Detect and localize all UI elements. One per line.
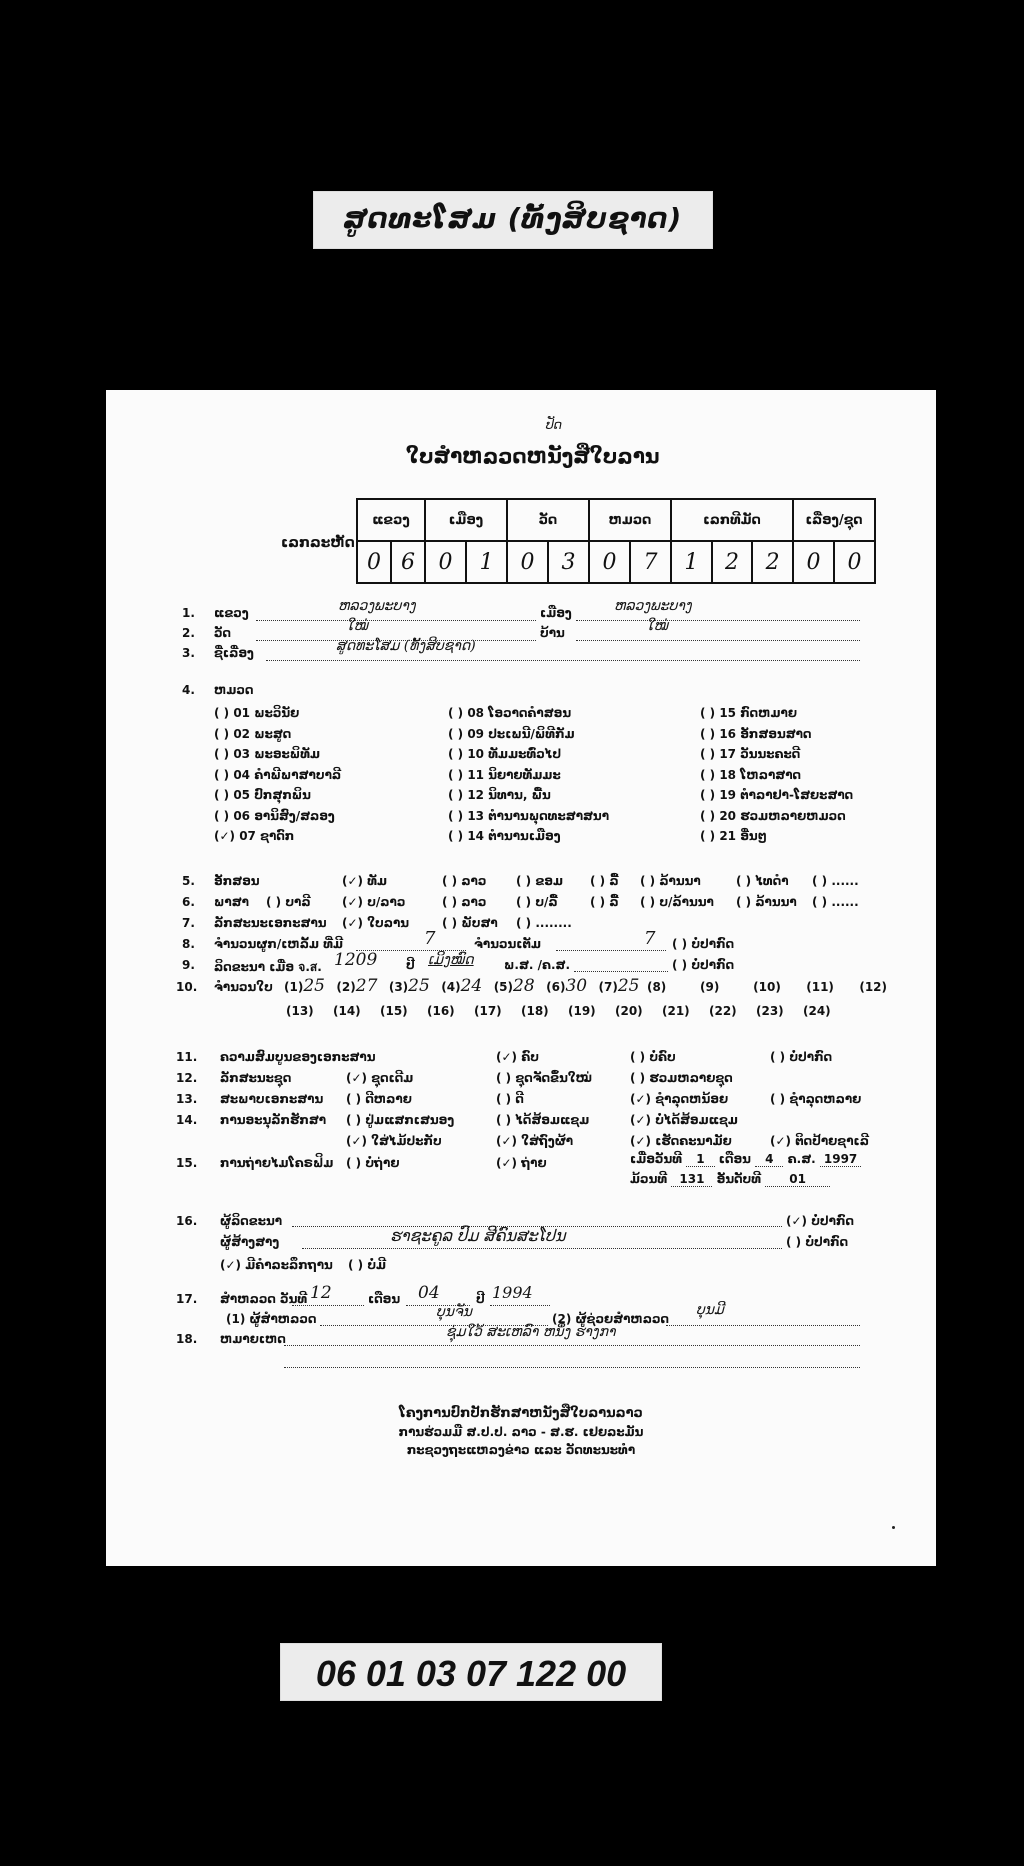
- condition-label: ສະພາບເອກະສານ: [220, 1092, 323, 1106]
- preservation-option[interactable]: (✓) ໃສ່ໄມ້ປະກັບ: [346, 1134, 442, 1148]
- category-option[interactable]: ( ) 20 ຮວມຫລາຍຫມວດ: [700, 806, 853, 827]
- title-value[interactable]: ສູດທະໂສມ (ທັ້ງສິບຊາດ): [336, 638, 476, 654]
- microfilm-num: 15.: [176, 1156, 197, 1170]
- microfilm-year-label: ຄ.ສ.: [788, 1152, 816, 1166]
- code-digit-row: 0 6 0 1 0 3 0 7 1 2 2 0 0: [357, 541, 875, 583]
- written-unknown-option[interactable]: ( ) ບໍ່ປາກົດ: [672, 958, 734, 972]
- field-1-label2: ເມືອງ: [540, 606, 572, 620]
- leaf-index: (5): [494, 980, 513, 994]
- microfilm-date: ເມື່ອວັນທີ 1 ເດືອນ 4 ຄ.ສ. 1997: [630, 1152, 861, 1166]
- category-option[interactable]: ( ) 08 ໂອວາດຄຳສອນ: [448, 703, 609, 724]
- province-value[interactable]: ຫລວງພະບາງ: [338, 598, 416, 614]
- colophon-option[interactable]: ( ) ບໍ່ມີ: [348, 1258, 386, 1272]
- code-digit: 1: [671, 541, 712, 583]
- material-option[interactable]: ( ) ພັບສາ: [442, 916, 498, 930]
- preservation-label: ການອະນຸລັກຮັກສາ: [220, 1113, 326, 1127]
- leaf-index: (18): [521, 1004, 568, 1018]
- org-line-2: ການຮ່ວມມື ສ.ປ.ປ. ລາວ - ສ.ຮ. ເຢຍລະມັນ: [106, 1423, 936, 1441]
- code-digit: 1: [466, 541, 507, 583]
- bundles-label: ຈຳນວນຜູກ/ເຫລັ້ມ ທີ່ມີ: [214, 937, 343, 951]
- survey-year-label: ປີ: [476, 1292, 485, 1306]
- sponsor-unknown-option[interactable]: ( ) ບໍ່ປາກົດ: [786, 1235, 848, 1249]
- leaves-row-1: (1)25 (2)27 (3)25 (4)24 (5)28 (6)30 (7)2…: [284, 976, 899, 996]
- code-digit: 2: [752, 541, 793, 583]
- script-option[interactable]: (✓) ທັມ: [342, 874, 387, 888]
- leaf-index: (21): [662, 1004, 709, 1018]
- leaf-count[interactable]: 27: [356, 976, 384, 996]
- code-label: ເລກລະຫັດ: [281, 535, 355, 551]
- field-1-line: [256, 620, 536, 621]
- script-option[interactable]: ( ) ລື້: [590, 874, 619, 888]
- category-option[interactable]: ( ) 17 ວັນນະຄະດີ: [700, 744, 853, 765]
- leaf-count[interactable]: 25: [618, 976, 642, 996]
- code-col-bundle-number: ເລກທີມັດ: [671, 499, 793, 541]
- leaf-index: (19): [568, 1004, 615, 1018]
- category-option[interactable]: ( ) 13 ຕຳນານພຸດທະສາສນາ: [448, 806, 609, 827]
- category-option[interactable]: ( ) 16 ອັກສອນສາດ: [700, 724, 853, 745]
- preservation-option[interactable]: (✓) ໃສ່ຖົງຜ້າ: [496, 1134, 573, 1148]
- material-option[interactable]: ( ) ........: [516, 916, 572, 930]
- leaf-index: (3): [389, 980, 408, 994]
- category-option[interactable]: ( ) 19 ຕຳລາຢາ-ໂສຍະສາດ: [700, 785, 853, 806]
- microfilm-date-label: ເມື່ອວັນທີ: [630, 1152, 682, 1166]
- code-digit: 7: [630, 541, 671, 583]
- category-option[interactable]: ( ) 06 ອານິສົງ/ສລອງ: [214, 806, 341, 827]
- preservation-option[interactable]: (✓) ບໍ່ໄດ້ສ້ອມແຊມ: [630, 1113, 738, 1127]
- frame-label: ອັນດັບທີ: [717, 1172, 761, 1186]
- language-option[interactable]: ( ) ລາວ: [442, 895, 486, 909]
- written-line: [574, 971, 668, 972]
- preservation-option[interactable]: (✓) ເຮັດຄະນາມັຍ: [630, 1134, 732, 1148]
- written-num: 9.: [182, 958, 195, 972]
- leaf-index: (14): [333, 1004, 380, 1018]
- category-option[interactable]: ( ) 14 ຕຳນານເມືອງ: [448, 826, 609, 847]
- manuscript-code: 06 01 03 07 122 00: [281, 1653, 661, 1695]
- colophon-option[interactable]: (✓) ມີຄຳລະລຶກຖານ: [220, 1258, 333, 1272]
- leaf-index: (17): [474, 1004, 521, 1018]
- remarks-num: 18.: [176, 1332, 197, 1346]
- language-option[interactable]: ( ) ບາລີ: [266, 895, 311, 909]
- category-option[interactable]: ( ) 09 ປະເພນີ/ພິທີກັມ: [448, 724, 609, 745]
- title-strip: ສູດທະໂສມ (ທັ້ງສິບຊາດ): [313, 191, 713, 249]
- survey-day[interactable]: 12: [310, 1283, 332, 1303]
- remarks-line-2: [284, 1367, 860, 1368]
- leaf-index: (23): [756, 1004, 803, 1018]
- completeness-option[interactable]: ( ) ບໍ່ຄົບ: [630, 1050, 676, 1064]
- id-strip: 06 01 03 07 122 00: [280, 1643, 662, 1701]
- remarks-line: [284, 1345, 860, 1346]
- leaf-index: (7): [599, 980, 618, 994]
- field-1-label: ແຂວງ: [214, 606, 249, 620]
- category-option[interactable]: ( ) 10 ທັມມະທົ່ວໄປ: [448, 744, 609, 765]
- code-col-set: ເລື່ອງ/ຊຸດ: [793, 499, 875, 541]
- completeness-option[interactable]: (✓) ຄົບ: [496, 1050, 539, 1064]
- category-option[interactable]: ( ) 12 ນິທານ, ພື້ນ: [448, 785, 609, 806]
- script-option[interactable]: ( ) ໄທດຳ: [736, 874, 789, 888]
- speck: [892, 1526, 895, 1529]
- language-num: 6.: [182, 895, 195, 909]
- written-label3: ພ.ສ. /ຄ.ສ.: [504, 958, 570, 972]
- district-value[interactable]: ຫລວງພະບາງ: [614, 598, 692, 614]
- manuscript-title: ສູດທະໂສມ (ທັ້ງສິບຊາດ): [314, 202, 712, 235]
- category-option[interactable]: ( ) 11 ນິຍາຍທັມມະ: [448, 765, 609, 786]
- script-option[interactable]: ( ) ......: [812, 874, 859, 888]
- microfilm-month[interactable]: 4: [755, 1152, 783, 1167]
- completeness-label: ຄວາມສົມບູນຂອງເອກະສານ: [220, 1050, 375, 1064]
- leaf-index: (9): [700, 980, 748, 994]
- material-label: ລັກສະນະເອກະສານ: [214, 916, 327, 930]
- sponsor-value[interactable]: ຮາຊະຄູລ ປົມ ສີຄົນສະໂປນ: [390, 1226, 565, 1245]
- village-value[interactable]: ໃໝ່: [646, 618, 668, 634]
- sponsor-line: [302, 1248, 782, 1249]
- field-3-label: ຊື່ເລື່ອງ: [214, 646, 254, 660]
- survey-month-label: ເດືອນ: [368, 1292, 400, 1306]
- written-label: ລິດຂະນາ ເມື່ອ จ.ส.: [214, 958, 322, 977]
- microfilm-option[interactable]: ( ) ບໍ່ຖ່າຍ: [346, 1156, 399, 1170]
- leaf-index: (6): [546, 980, 565, 994]
- language-option[interactable]: ( ) ບ/ລື້: [516, 895, 558, 909]
- leaf-index: (13): [286, 1004, 333, 1018]
- microfilm-reel: ມ້ວນທີ 131 ອັນດັບທີ 01: [630, 1172, 830, 1186]
- code-digit: 0: [425, 541, 466, 583]
- language-option[interactable]: ( ) ລ້ານນາ: [736, 895, 797, 909]
- microfilm-month-label: ເດືອນ: [719, 1152, 751, 1166]
- set-type-num: 12.: [176, 1071, 197, 1085]
- category-option-selected[interactable]: (✓) 07 ຊາດົກ: [214, 826, 341, 847]
- scribe-label: ຜູ້ລິດຂະນາ: [220, 1214, 282, 1228]
- org-line-1: ໂຄງການປົກປັກຮັກສາຫນັງສືໃບລານລາວ: [106, 1405, 936, 1423]
- field-2-num: 2.: [182, 626, 195, 640]
- code-col-category: ຫມວດ: [589, 499, 671, 541]
- leaf-index: (12): [859, 980, 899, 994]
- annotation: ປັດ: [546, 418, 562, 433]
- language-label: ພາສາ: [214, 895, 249, 909]
- language-option[interactable]: (✓) ບ/ລາວ: [342, 895, 405, 909]
- field-2b-line: [576, 640, 860, 641]
- category-option[interactable]: ( ) 18 ໂຫລາສາດ: [700, 765, 853, 786]
- leaf-count[interactable]: 28: [513, 976, 541, 996]
- reel-number[interactable]: 131: [671, 1172, 712, 1187]
- category-label: ຫມວດ: [214, 683, 253, 697]
- code-digit: 0: [834, 541, 875, 583]
- leaf-index: (10): [753, 980, 801, 994]
- field-3-num: 3.: [182, 646, 195, 660]
- remarks-label: ຫມາຍເຫດ: [220, 1332, 286, 1346]
- language-option[interactable]: ( ) ລື້: [590, 895, 619, 909]
- assistant-line: [666, 1325, 860, 1326]
- code-digit: 0: [589, 541, 630, 583]
- survey-form-page: ປັດ ໃບສຳຫລວດຫນັງສືໃບລານ ເລກລະຫັດ ແຂວງ ເມ…: [106, 390, 936, 1566]
- leaves-row-2: (13)(14)(15)(16)(17)(18)(19)(20)(21)(22)…: [286, 1004, 843, 1018]
- field-3-line: [266, 660, 860, 661]
- reel-label: ມ້ວນທີ: [630, 1172, 667, 1186]
- scribe-num: 16.: [176, 1214, 197, 1228]
- leaves-num: 10.: [176, 980, 197, 994]
- form-title: ໃບສຳຫລວດຫນັງສືໃບລານ: [406, 444, 660, 468]
- language-option[interactable]: ( ) ......: [812, 895, 859, 909]
- org-line-3: ກະຊວງຖະແຫລງຂ່າວ ແລະ ວັດທະນະທຳ: [106, 1441, 936, 1459]
- organization-block: ໂຄງການປົກປັກຮັກສາຫນັງສືໃບລານລາວ ການຮ່ວມມ…: [106, 1405, 936, 1459]
- survey-label: ສຳຫລວດ ວັນທີ: [220, 1292, 307, 1306]
- bundles-unknown-option[interactable]: ( ) ບໍ່ປາກົດ: [672, 937, 734, 951]
- script-option[interactable]: ( ) ຂອມ: [516, 874, 563, 888]
- category-option[interactable]: ( ) 02 ພະສູດ: [214, 724, 341, 745]
- bundles-total-line: [556, 950, 666, 951]
- field-1-num: 1.: [182, 606, 195, 620]
- category-option[interactable]: ( ) 04 ຄຳພີພາສາບາລີ: [214, 765, 341, 786]
- condition-num: 13.: [176, 1092, 197, 1106]
- leaf-index: (8): [647, 980, 695, 994]
- code-table: ແຂວງ ເມືອງ ວັດ ຫມວດ ເລກທີມັດ ເລື່ອງ/ຊຸດ …: [356, 498, 876, 584]
- set-type-label: ລັກສະນະຊຸດ: [220, 1071, 291, 1085]
- category-option[interactable]: ( ) 21 ອື່ນໆ: [700, 826, 853, 847]
- bundles-value[interactable]: 7: [424, 928, 435, 949]
- written-year-name[interactable]: ເມິງໝົດ: [428, 952, 474, 968]
- category-col-2: ( ) 08 ໂອວາດຄຳສອນ ( ) 09 ປະເພນີ/ພິທີກັມ …: [448, 703, 609, 847]
- written-label2: ປີ: [406, 958, 415, 972]
- set-type-option[interactable]: ( ) ຊຸດຈັດຂຶ້ນໃໝ່: [496, 1071, 592, 1085]
- code-digit: 0: [507, 541, 548, 583]
- condition-option[interactable]: ( ) ດີຫລາຍ: [346, 1092, 412, 1106]
- leaf-count[interactable]: 24: [461, 976, 489, 996]
- leaf-index: (4): [441, 980, 460, 994]
- preservation-option[interactable]: ( ) ປູ່ມແສກເສນອງ: [346, 1113, 454, 1127]
- script-label: ອັກສອນ: [214, 874, 260, 888]
- script-option[interactable]: ( ) ລ້ານນາ: [640, 874, 701, 888]
- survey-year[interactable]: 1994: [492, 1283, 533, 1302]
- sponsor-label: ຜູ້ສ້າງສາງ: [220, 1235, 279, 1249]
- preservation-option[interactable]: (✓) ຕິດປ້າຍຊາເລີ: [770, 1134, 869, 1148]
- script-num: 5.: [182, 874, 195, 888]
- leaf-index: (22): [709, 1004, 756, 1018]
- set-type-option[interactable]: (✓) ຊຸດເດີມ: [346, 1071, 413, 1085]
- leaf-index: (20): [615, 1004, 662, 1018]
- temple-value[interactable]: ໃໝ່: [346, 618, 368, 634]
- leaf-count[interactable]: 25: [408, 976, 436, 996]
- leaf-index: (1): [284, 980, 303, 994]
- condition-option[interactable]: ( ) ຊຳລຸດຫລາຍ: [770, 1092, 861, 1106]
- leaf-index: (2): [336, 980, 355, 994]
- surveyor-value[interactable]: ບຸນຈັນ: [436, 1304, 472, 1320]
- survey-month[interactable]: 04: [418, 1283, 440, 1303]
- leaf-count[interactable]: 30: [565, 976, 593, 996]
- surveyor-label: (1) ຜູ້ສຳຫລວດ: [226, 1312, 316, 1326]
- code-digit: 6: [391, 541, 425, 583]
- written-year[interactable]: 1209: [334, 950, 377, 970]
- leaf-index: (15): [380, 1004, 427, 1018]
- category-option[interactable]: ( ) 05 ປົກສຸກພິນ: [214, 785, 341, 806]
- remarks-value[interactable]: ຊຸ່ມໃວ້ ສະເຫລົາ ຫນຶ່ງ ຮາງກາ: [446, 1324, 616, 1340]
- leaf-count[interactable]: 25: [303, 976, 331, 996]
- field-2-label: ວັດ: [214, 626, 231, 640]
- leaf-index: (11): [806, 980, 854, 994]
- code-digit: 2: [712, 541, 753, 583]
- leaf-index: (24): [803, 1004, 843, 1018]
- microfilm-option[interactable]: (✓) ຖ່າຍ: [496, 1156, 547, 1170]
- code-digit: 0: [793, 541, 834, 583]
- bundles-total-value[interactable]: 7: [644, 928, 655, 949]
- frame-number[interactable]: 01: [765, 1172, 830, 1187]
- preservation-option[interactable]: ( ) ໄດ້ສ້ອມແຊມ: [496, 1113, 589, 1127]
- preservation-num: 14.: [176, 1113, 197, 1127]
- code-col-province: ແຂວງ: [357, 499, 425, 541]
- completeness-num: 11.: [176, 1050, 197, 1064]
- field-1b-line: [576, 620, 860, 621]
- survey-year-line: [490, 1305, 550, 1306]
- language-option[interactable]: ( ) ບ/ລ້ານນາ: [640, 895, 714, 909]
- material-option[interactable]: (✓) ໃບລານ: [342, 916, 409, 930]
- leaves-label: ຈຳນວນໃບ: [214, 980, 273, 994]
- code-col-district: ເມືອງ: [425, 499, 507, 541]
- scribe-unknown-option[interactable]: (✓) ບໍ່ປາກົດ: [786, 1214, 854, 1228]
- category-option[interactable]: ( ) 03 ພະອະພິທັມ: [214, 744, 341, 765]
- leaf-index: (16): [427, 1004, 474, 1018]
- category-option[interactable]: ( ) 15 ກົດຫມາຍ: [700, 703, 853, 724]
- material-num: 7.: [182, 916, 195, 930]
- category-col-3: ( ) 15 ກົດຫມາຍ ( ) 16 ອັກສອນສາດ ( ) 17 ວ…: [700, 703, 853, 847]
- code-col-temple: ວັດ: [507, 499, 589, 541]
- code-header-row: ແຂວງ ເມືອງ ວັດ ຫມວດ ເລກທີມັດ ເລື່ອງ/ຊຸດ: [357, 499, 875, 541]
- bundles-label2: ຈຳນວນເຕັມ: [474, 937, 541, 951]
- survey-num: 17.: [176, 1292, 197, 1306]
- code-digit: 3: [548, 541, 589, 583]
- category-col-1: ( ) 01 ພະວິນັຍ ( ) 02 ພະສູດ ( ) 03 ພະອະພ…: [214, 703, 341, 847]
- bundles-num: 8.: [182, 937, 195, 951]
- survey-day-line: [292, 1305, 364, 1306]
- code-digit: 0: [357, 541, 391, 583]
- category-num: 4.: [182, 683, 195, 697]
- completeness-option[interactable]: ( ) ບໍ່ປາກົດ: [770, 1050, 832, 1064]
- condition-option[interactable]: ( ) ດີ: [496, 1092, 524, 1106]
- microfilm-label: ການຖ່າຍໄມໂຄຣຟິມ: [220, 1156, 333, 1170]
- microfilm-year[interactable]: 1997: [820, 1152, 861, 1167]
- category-option[interactable]: ( ) 01 ພະວິນັຍ: [214, 703, 341, 724]
- script-option[interactable]: ( ) ລາວ: [442, 874, 486, 888]
- field-2-label2: ບ້ານ: [540, 626, 565, 640]
- assistant-value[interactable]: ບຸນມີ: [696, 1302, 724, 1318]
- microfilm-day[interactable]: 1: [686, 1152, 714, 1167]
- condition-option[interactable]: (✓) ຊຳລຸດຫນ້ອຍ: [630, 1092, 728, 1106]
- set-type-option[interactable]: ( ) ຮວມຫລາຍຊຸດ: [630, 1071, 733, 1085]
